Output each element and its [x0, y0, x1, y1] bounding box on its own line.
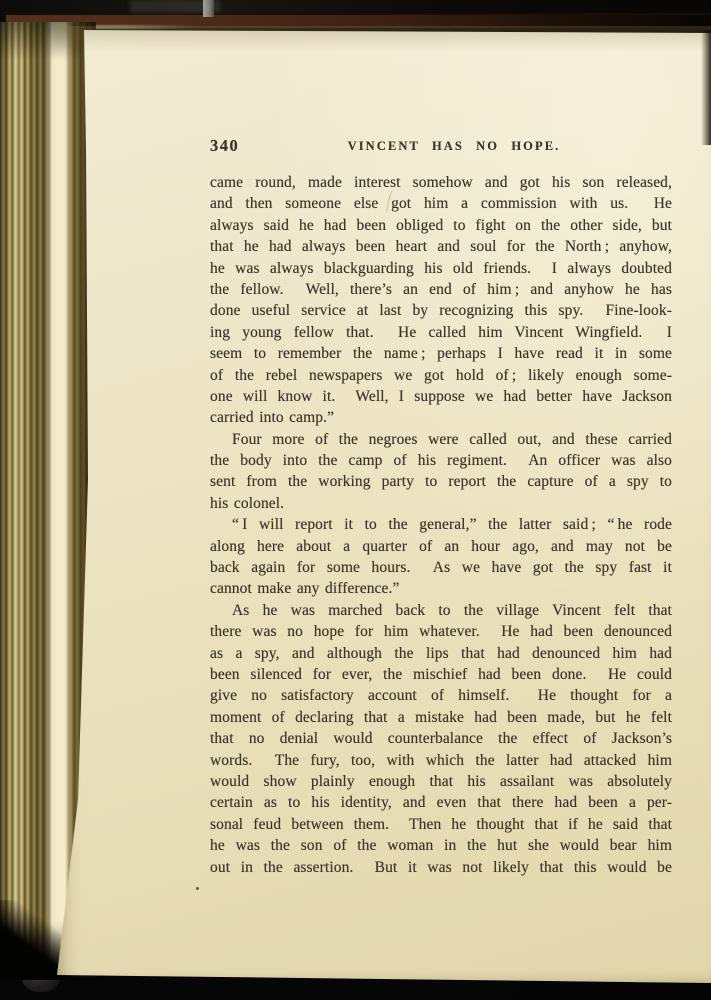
- text-line: Four more of the negroes were called out…: [210, 429, 672, 450]
- text-line: sonal feud between them. Then he thought…: [210, 814, 672, 835]
- text-line: that he had always been heart and soul f…: [210, 236, 672, 257]
- text-line: sent from the working party to report th…: [210, 471, 672, 492]
- text-line: as a spy, and although the lips that had…: [210, 643, 672, 664]
- background-notch: [203, 0, 214, 17]
- text-line: certain as to his identity, and even tha…: [210, 792, 672, 813]
- text-line: back again for some hours. As we have go…: [210, 557, 672, 578]
- page-header-row: 340 VINCENT HAS NO HOPE.: [210, 136, 672, 158]
- text-line: done useful service at last by recognizi…: [210, 300, 672, 321]
- text-line: out in the assertion. But it was not lik…: [210, 857, 672, 878]
- text-line: along here about a quarter of an hour ag…: [210, 536, 672, 557]
- text-line: one will know it. Well, I suppose we had…: [210, 386, 672, 407]
- text-line: “ I will report it to the general,” the …: [210, 514, 672, 535]
- text-line: ing young fellow that. He called him Vin…: [210, 322, 672, 343]
- text-line: carried into camp.”: [210, 407, 672, 428]
- text-line: he was always blackguarding his old frie…: [210, 258, 672, 279]
- top-right-corner-shadow: [701, 30, 711, 145]
- text-line: he was the son of the woman in the hut s…: [210, 835, 672, 856]
- text-line: there was no hope for him whatever. He h…: [210, 621, 672, 642]
- text-line: the fellow. Well, there’s an end of him …: [210, 279, 672, 300]
- text-line: been silenced for ever, the mischief had…: [210, 664, 672, 685]
- text-line: and then someone else got him a commissi…: [210, 193, 672, 214]
- text-line: give no satisfactory account of himself.…: [210, 685, 672, 706]
- text-line: always said he had been obliged to fight…: [210, 215, 672, 236]
- text-line: that no denial would counterbalance the …: [210, 728, 672, 749]
- text-line: cannot make any difference.”: [210, 578, 672, 599]
- text-line: his colonel.: [210, 493, 672, 514]
- text-line: seem to remember the name ; perhaps I ha…: [210, 343, 672, 364]
- text-line: moment of declaring that a mistake had b…: [210, 707, 672, 728]
- text-line: would show plainly enough that his assai…: [210, 771, 672, 792]
- text-line: As he was marched back to the village Vi…: [210, 600, 672, 621]
- text-line: words. The fury, too, with which the lat…: [210, 750, 672, 771]
- text-line: came round, made interest somehow and go…: [210, 172, 672, 193]
- book-scan-scene: 340 VINCENT HAS NO HOPE. came round, mad…: [0, 0, 711, 1000]
- text-line: the body into the camp of his regiment. …: [210, 450, 672, 471]
- text-line: of the rebel newspapers we got hold of ;…: [210, 365, 672, 386]
- paper-speck: [196, 887, 199, 890]
- running-header: VINCENT HAS NO HOPE.: [210, 139, 698, 154]
- body-text: came round, made interest somehow and go…: [210, 172, 672, 878]
